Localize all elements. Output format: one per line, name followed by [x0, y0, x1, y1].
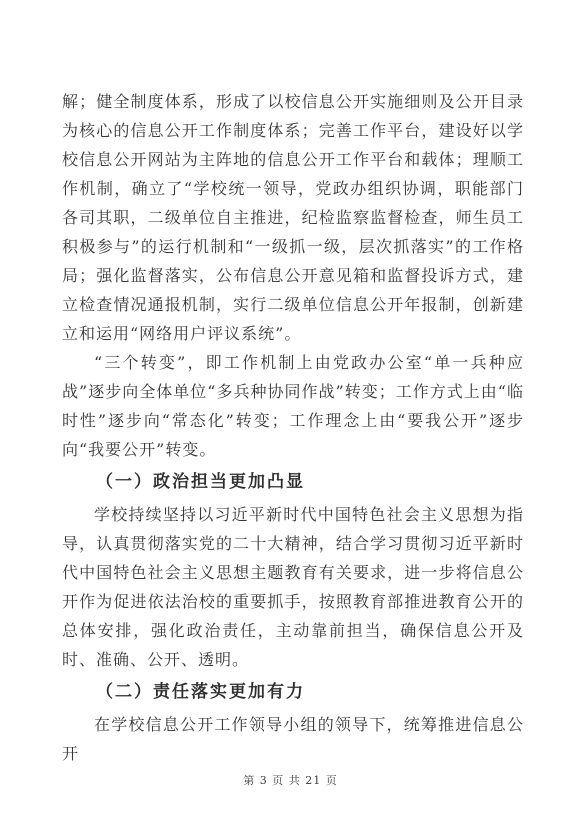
- section-heading-1: （一）政治担当更加凸显: [62, 468, 524, 497]
- document-content: 解；健全制度体系，形成了以校信息公开实施细则及公开目录为核心的信息公开工作制度体…: [62, 87, 524, 768]
- section-heading-2: （二）责任落实更加有力: [62, 678, 524, 707]
- paragraph-continuation: 解；健全制度体系，形成了以校信息公开实施细则及公开目录为核心的信息公开工作制度体…: [62, 87, 524, 348]
- paragraph-three-changes: “三个转变”，即工作机制上由党政办公室“单一兵种应战”逐步向全体单位“多兵种协同…: [62, 348, 524, 464]
- page-number-footer: 第 3 页 共 21 页: [0, 774, 581, 788]
- paragraph-responsibility-implementation: 在学校信息公开工作领导小组的领导下，统筹推进信息公开: [62, 710, 524, 768]
- paragraph-political-responsibility: 学校持续坚持以习近平新时代中国特色社会主义思想为指导，认真贯彻落实党的二十大精神…: [62, 500, 524, 674]
- document-page: 解；健全制度体系，形成了以校信息公开实施细则及公开目录为核心的信息公开工作制度体…: [0, 0, 581, 825]
